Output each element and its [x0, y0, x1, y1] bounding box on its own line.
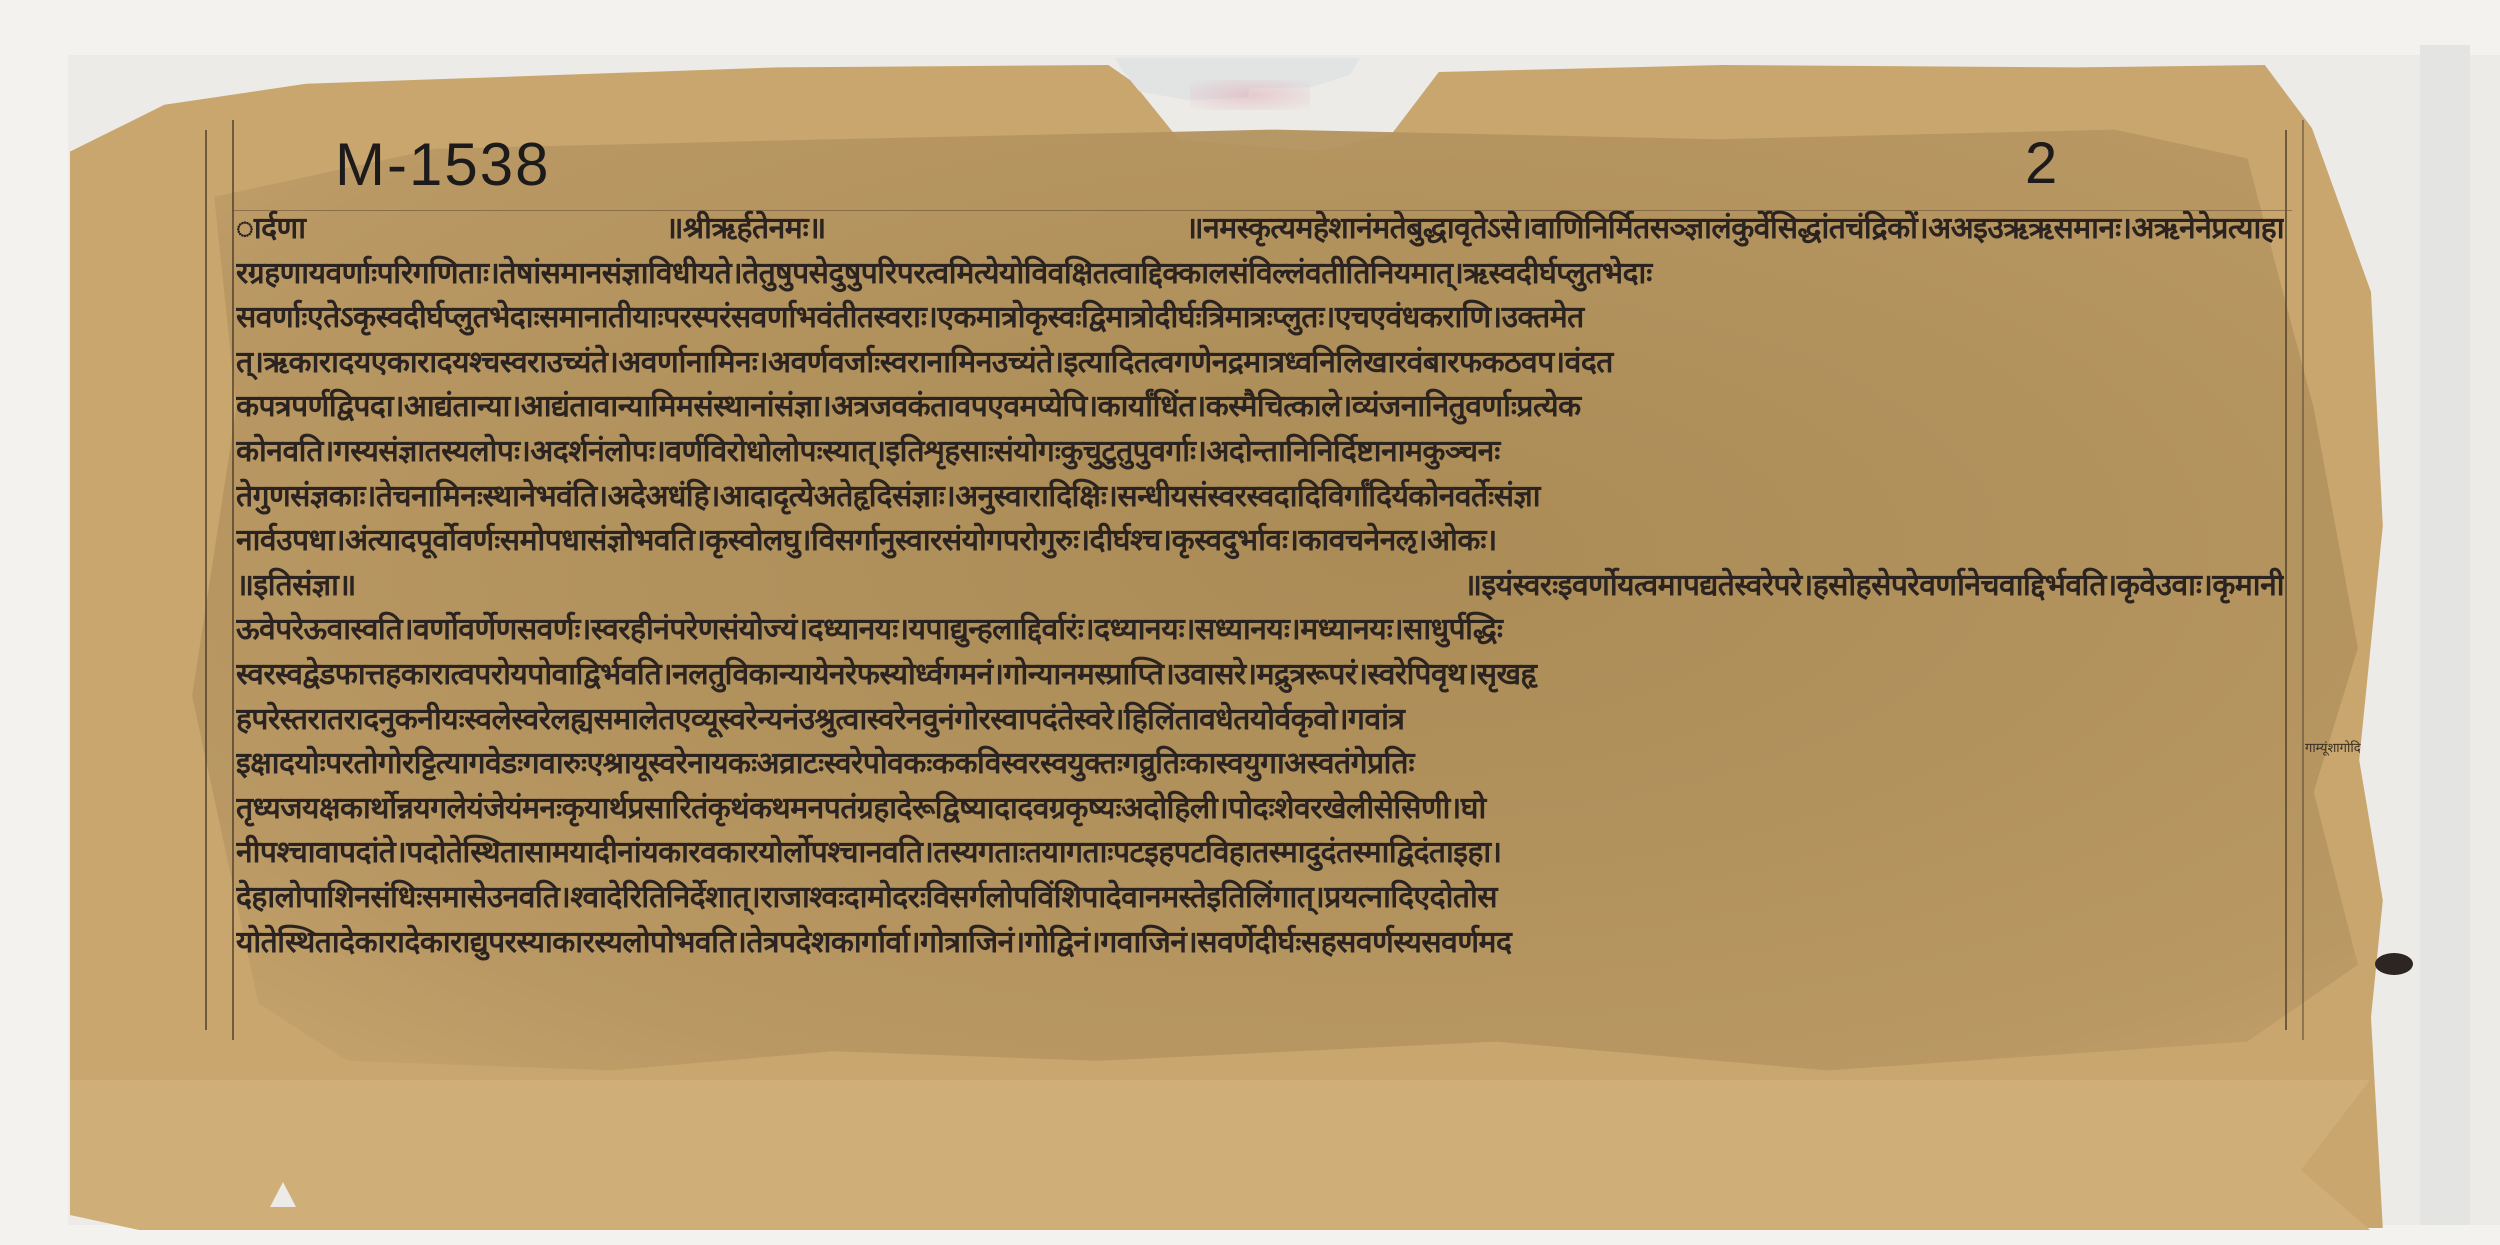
text-line: हपरेस्तरातरादनुकनीयःस्वलेस्वरेलह्यसमालेत… [236, 698, 2284, 743]
text-line: स्वरस्वद्वेडफात्तहकारात्वपरोयपोवाद्विर्भ… [236, 653, 2284, 698]
text-line: ार्दणा ॥श्रीऋर्हतेनमः॥ ॥नमस्कृत्यमहेशानं… [236, 207, 2284, 252]
text-line: त्।ऋकारादयएकारादयश्चस्वराउच्यंते।अवर्णान… [236, 341, 2284, 386]
text-line: इक्षादयोःपरतोगोरट्टित्यागवेडःगवारुःएश्रा… [236, 742, 2284, 787]
text-line: देहालोपाशिनसंधिःसमासेउनवति।श्वादेरितिनिर… [236, 876, 2284, 921]
text-line: नीपश्चावापदांते।पदोतेस्थितासामयादीनांयका… [236, 831, 2284, 876]
marginal-annotation: गाम्यूंशागोदि [2305, 738, 2361, 756]
margin-rule-right-inner [2285, 130, 2287, 1030]
manuscript-text-block: ार्दणा ॥श्रीऋर्हतेनमः॥ ॥नमस्कृत्यमहेशानं… [236, 207, 2284, 965]
margin-rule-right-outer [2302, 120, 2304, 1040]
folio-number: 2 [2025, 130, 2057, 197]
text-line: कपत्रपर्णद्विपदा।आद्यंतान्या।आद्यंतावान्… [236, 385, 2284, 430]
margin-rule-left-outer [205, 130, 207, 1030]
text-line: तेगुणसंज्ञकाः।तेचनामिनःस्थानेभवंति।अदेअध… [236, 475, 2284, 520]
pink-stain [1190, 80, 1310, 110]
text-line: तृध्यजयक्षकार्थोन्नयगलेयंजेयंमनःकृयार्थप… [236, 787, 2284, 832]
catalog-number: M-1538 [335, 130, 550, 199]
text-line: ऊवेपरेऊवास्वति।वर्णोवर्णेणसवर्णः।स्वरहीन… [236, 608, 2284, 653]
text-line: कोनवति।गस्यसंज्ञातस्यलोपः।अदर्शनंलोपः।वर… [236, 430, 2284, 475]
mounting-board-edge [2420, 45, 2470, 1225]
text-line: ॥इतिसंज्ञा॥ ॥इयंस्वरःइवर्णोयत्वमापद्यतेस… [236, 564, 2284, 609]
margin-rule-left-inner [232, 120, 234, 1040]
ink-blot [2375, 953, 2413, 975]
text-line: रग्रहणायवर्णाःपरिगणिताः।तेषांसमानसंज्ञाव… [236, 252, 2284, 297]
text-line: सवर्णाःएतेऽकृस्वदीर्घप्लुतभेदाःसमानातीया… [236, 296, 2284, 341]
text-line: योतेस्थितादेकारादेकाराद्युपरस्याकारस्यलो… [236, 921, 2284, 966]
text-line: नार्वउपधा।अंत्यादपूर्वोवर्णःसमोपधासंज्ञो… [236, 519, 2284, 564]
folio-lower-margin [70, 1080, 2370, 1230]
